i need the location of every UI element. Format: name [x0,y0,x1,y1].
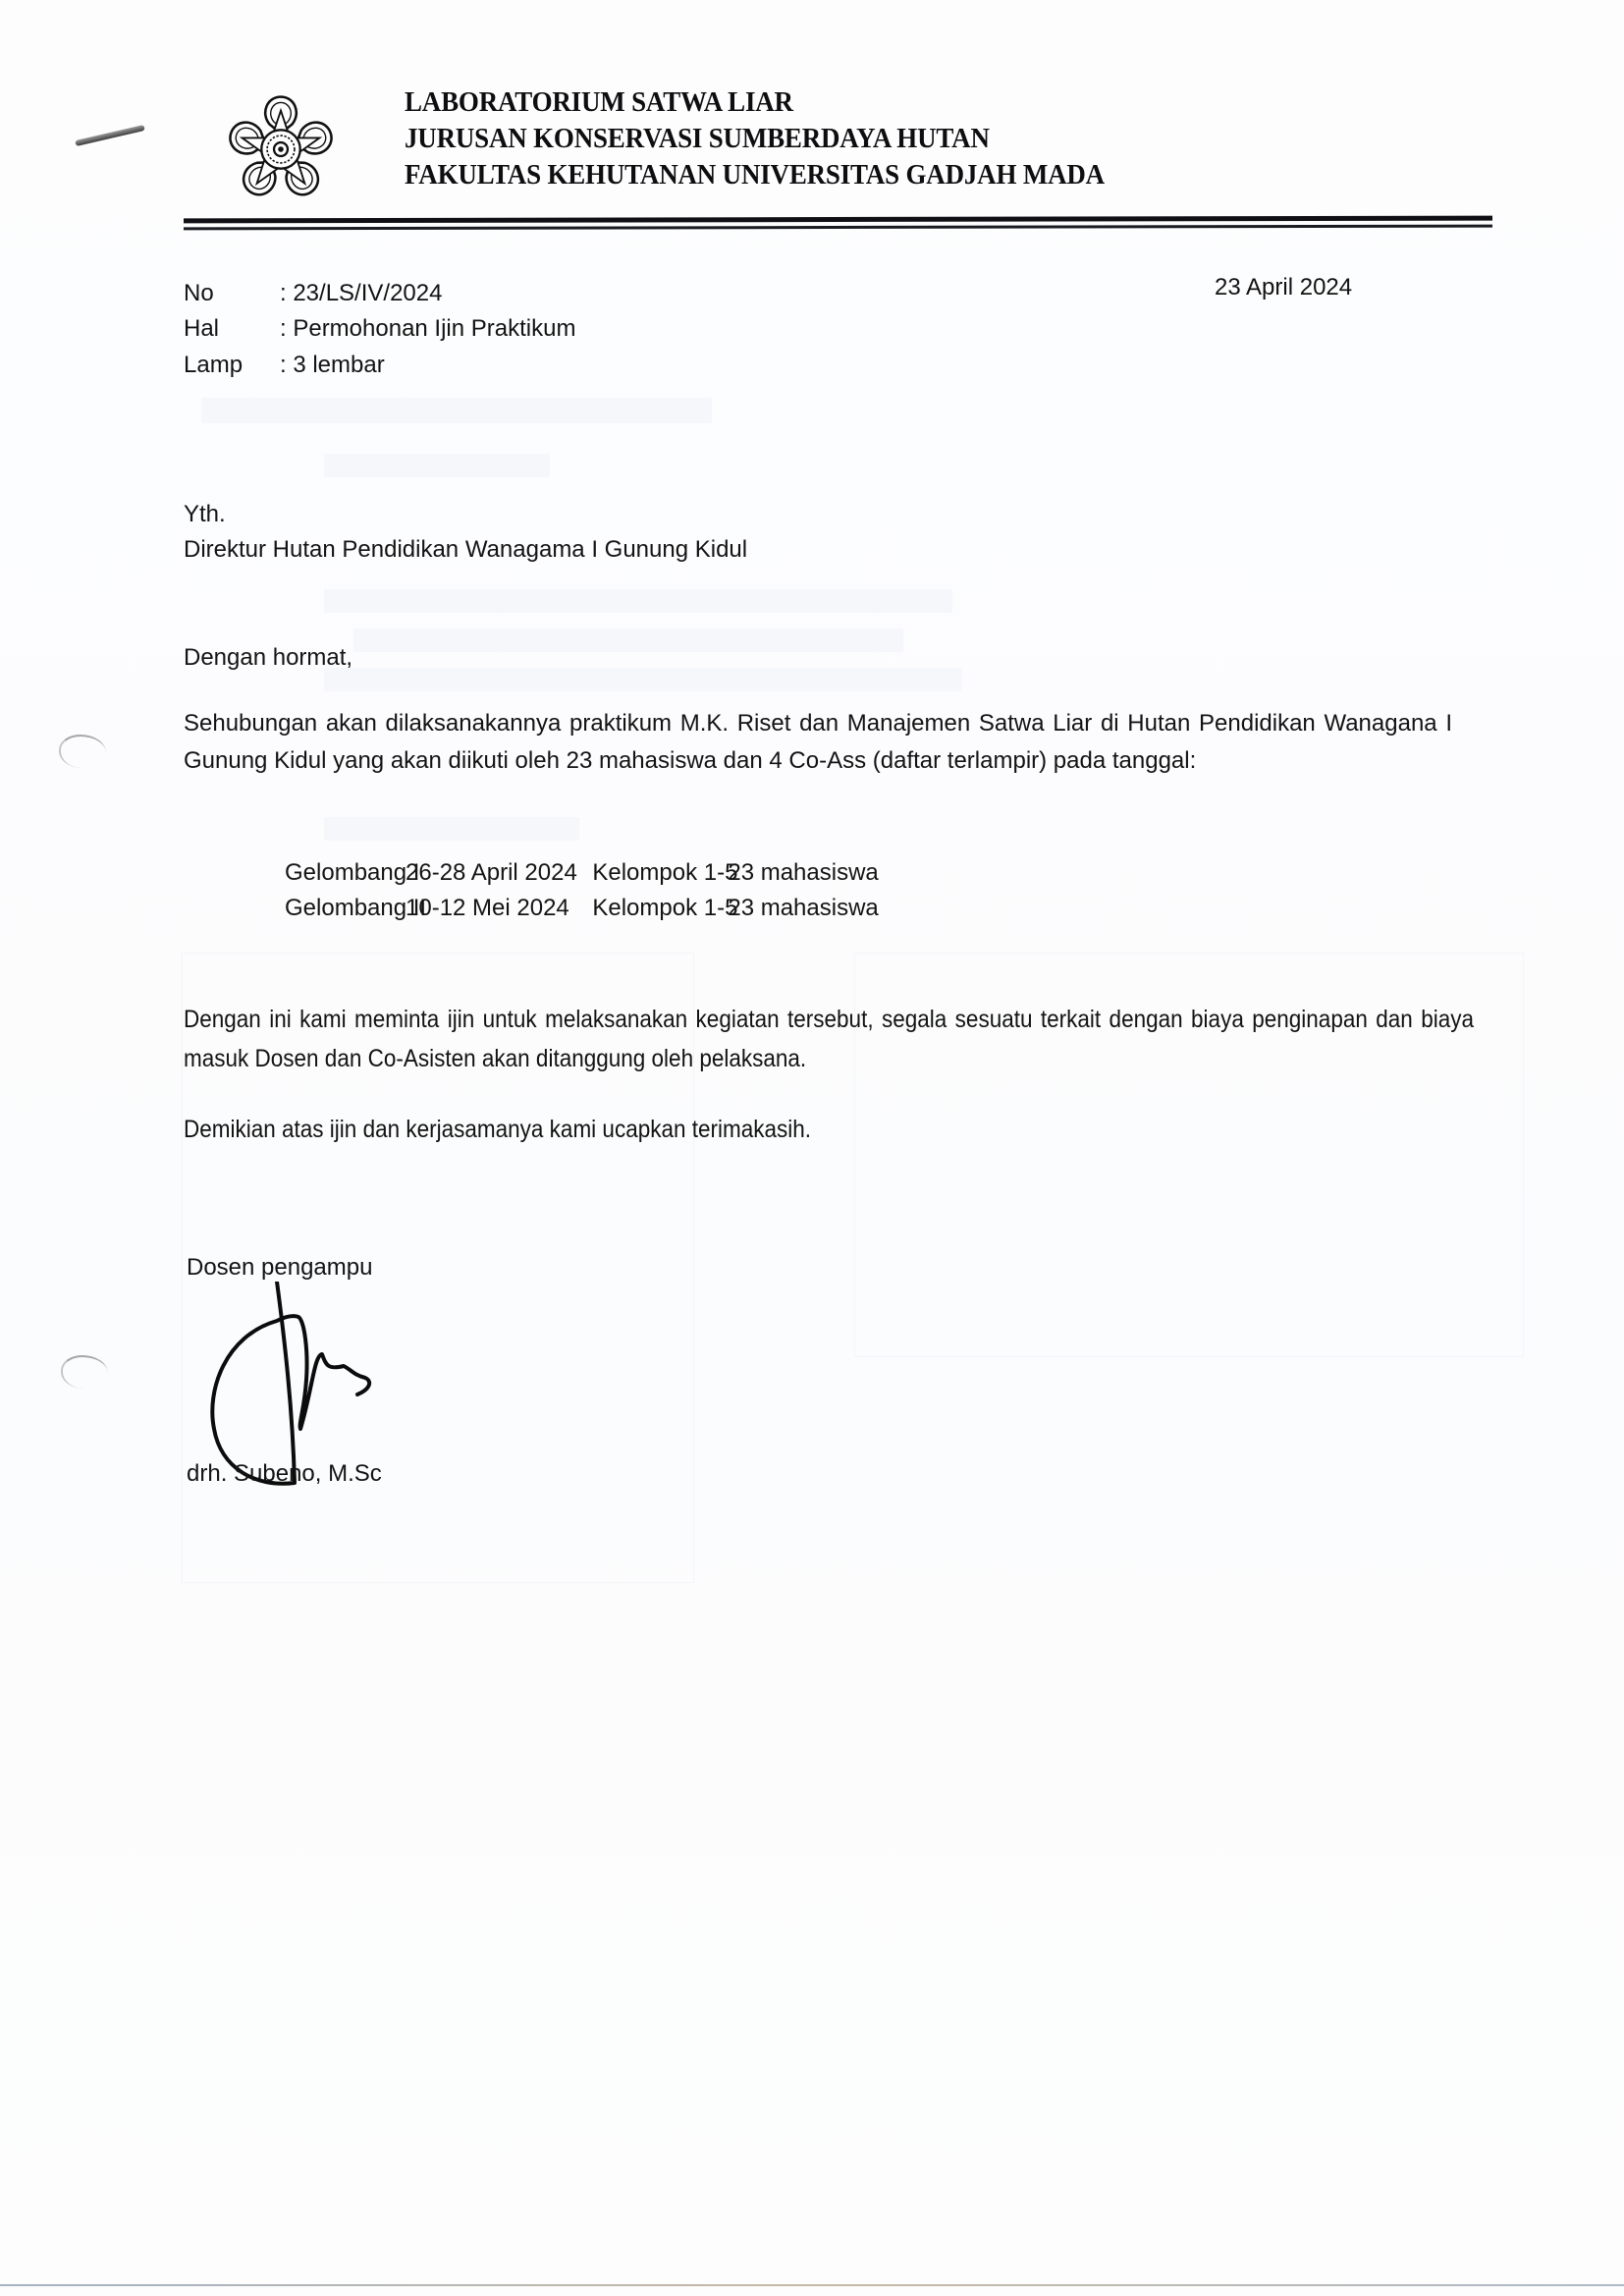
meta-value-lamp: : 3 lembar [280,351,385,380]
letterhead-line-faculty: FAKULTAS KEHUTANAN UNIVERSITAS GADJAH MA… [405,157,1105,193]
show-through-ghost [324,454,550,477]
show-through-ghost [324,668,962,691]
show-through-ghost [324,817,579,841]
letterhead-divider [184,216,1492,224]
schedule-students: 23 mahasiswa [728,895,878,922]
show-through-ghost [353,629,903,652]
letterhead-line-department: JURUSAN KONSERVASI SUMBERDAYA HUTAN [405,121,1105,157]
signature-role: Dosen pengampu [187,1253,372,1283]
schedule-groups: Kelompok 1-5 [592,895,728,922]
request-paragraph: Dengan ini kami meminta ijin untuk melak… [184,1000,1474,1078]
binder-hole [61,1355,108,1389]
meta-label-no: No [184,279,214,308]
meta-label-lamp: Lamp [184,351,243,380]
recipient-name: Direktur Hutan Pendidikan Wanagama I Gun… [184,535,747,565]
letterhead: LABORATORIUM SATWA LIAR JURUSAN KONSERVA… [405,84,1105,193]
closing-paragraph: Demikian atas ijin dan kerjasamanya kami… [184,1110,1474,1149]
schedule-row: Gelombang I26-28 April 2024 Kelompok 1-5… [285,859,879,887]
schedule-dates: 10-12 Mei 2024 [406,895,579,922]
schedule-students: 23 mahasiswa [728,859,878,887]
schedule-row: Gelombang II10-12 Mei 2024 Kelompok 1-52… [285,895,879,922]
scan-edge-line [0,2284,1624,2286]
schedule-wave: Gelombang I [285,859,406,887]
show-through-ghost [324,589,952,613]
schedule-dates: 26-28 April 2024 [406,859,579,887]
meta-value-hal: : Permohonan Ijin Praktikum [280,314,575,344]
schedule-wave: Gelombang II [285,895,406,922]
meta-label-hal: Hal [184,314,219,344]
recipient-prefix: Yth. [184,500,226,529]
schedule-groups: Kelompok 1-5 [592,859,728,887]
greeting: Dengan hormat, [184,643,352,673]
scanned-letter-page: LABORATORIUM SATWA LIAR JURUSAN KONSERVA… [0,0,1624,2296]
meta-value-no: : 23/LS/IV/2024 [280,279,442,308]
intro-paragraph: Sehubungan akan dilaksanakannya praktiku… [184,705,1452,780]
binder-hole [59,735,106,768]
letterhead-divider-thin [184,225,1492,231]
ugm-emblem-icon [224,92,338,206]
letter-date: 23 April 2024 [1215,273,1352,302]
signatory-name: drh. Subeno, M.Sc [187,1459,382,1489]
staple-mark [75,125,145,146]
show-through-ghost [201,398,712,423]
letterhead-line-lab: LABORATORIUM SATWA LIAR [405,84,1105,121]
